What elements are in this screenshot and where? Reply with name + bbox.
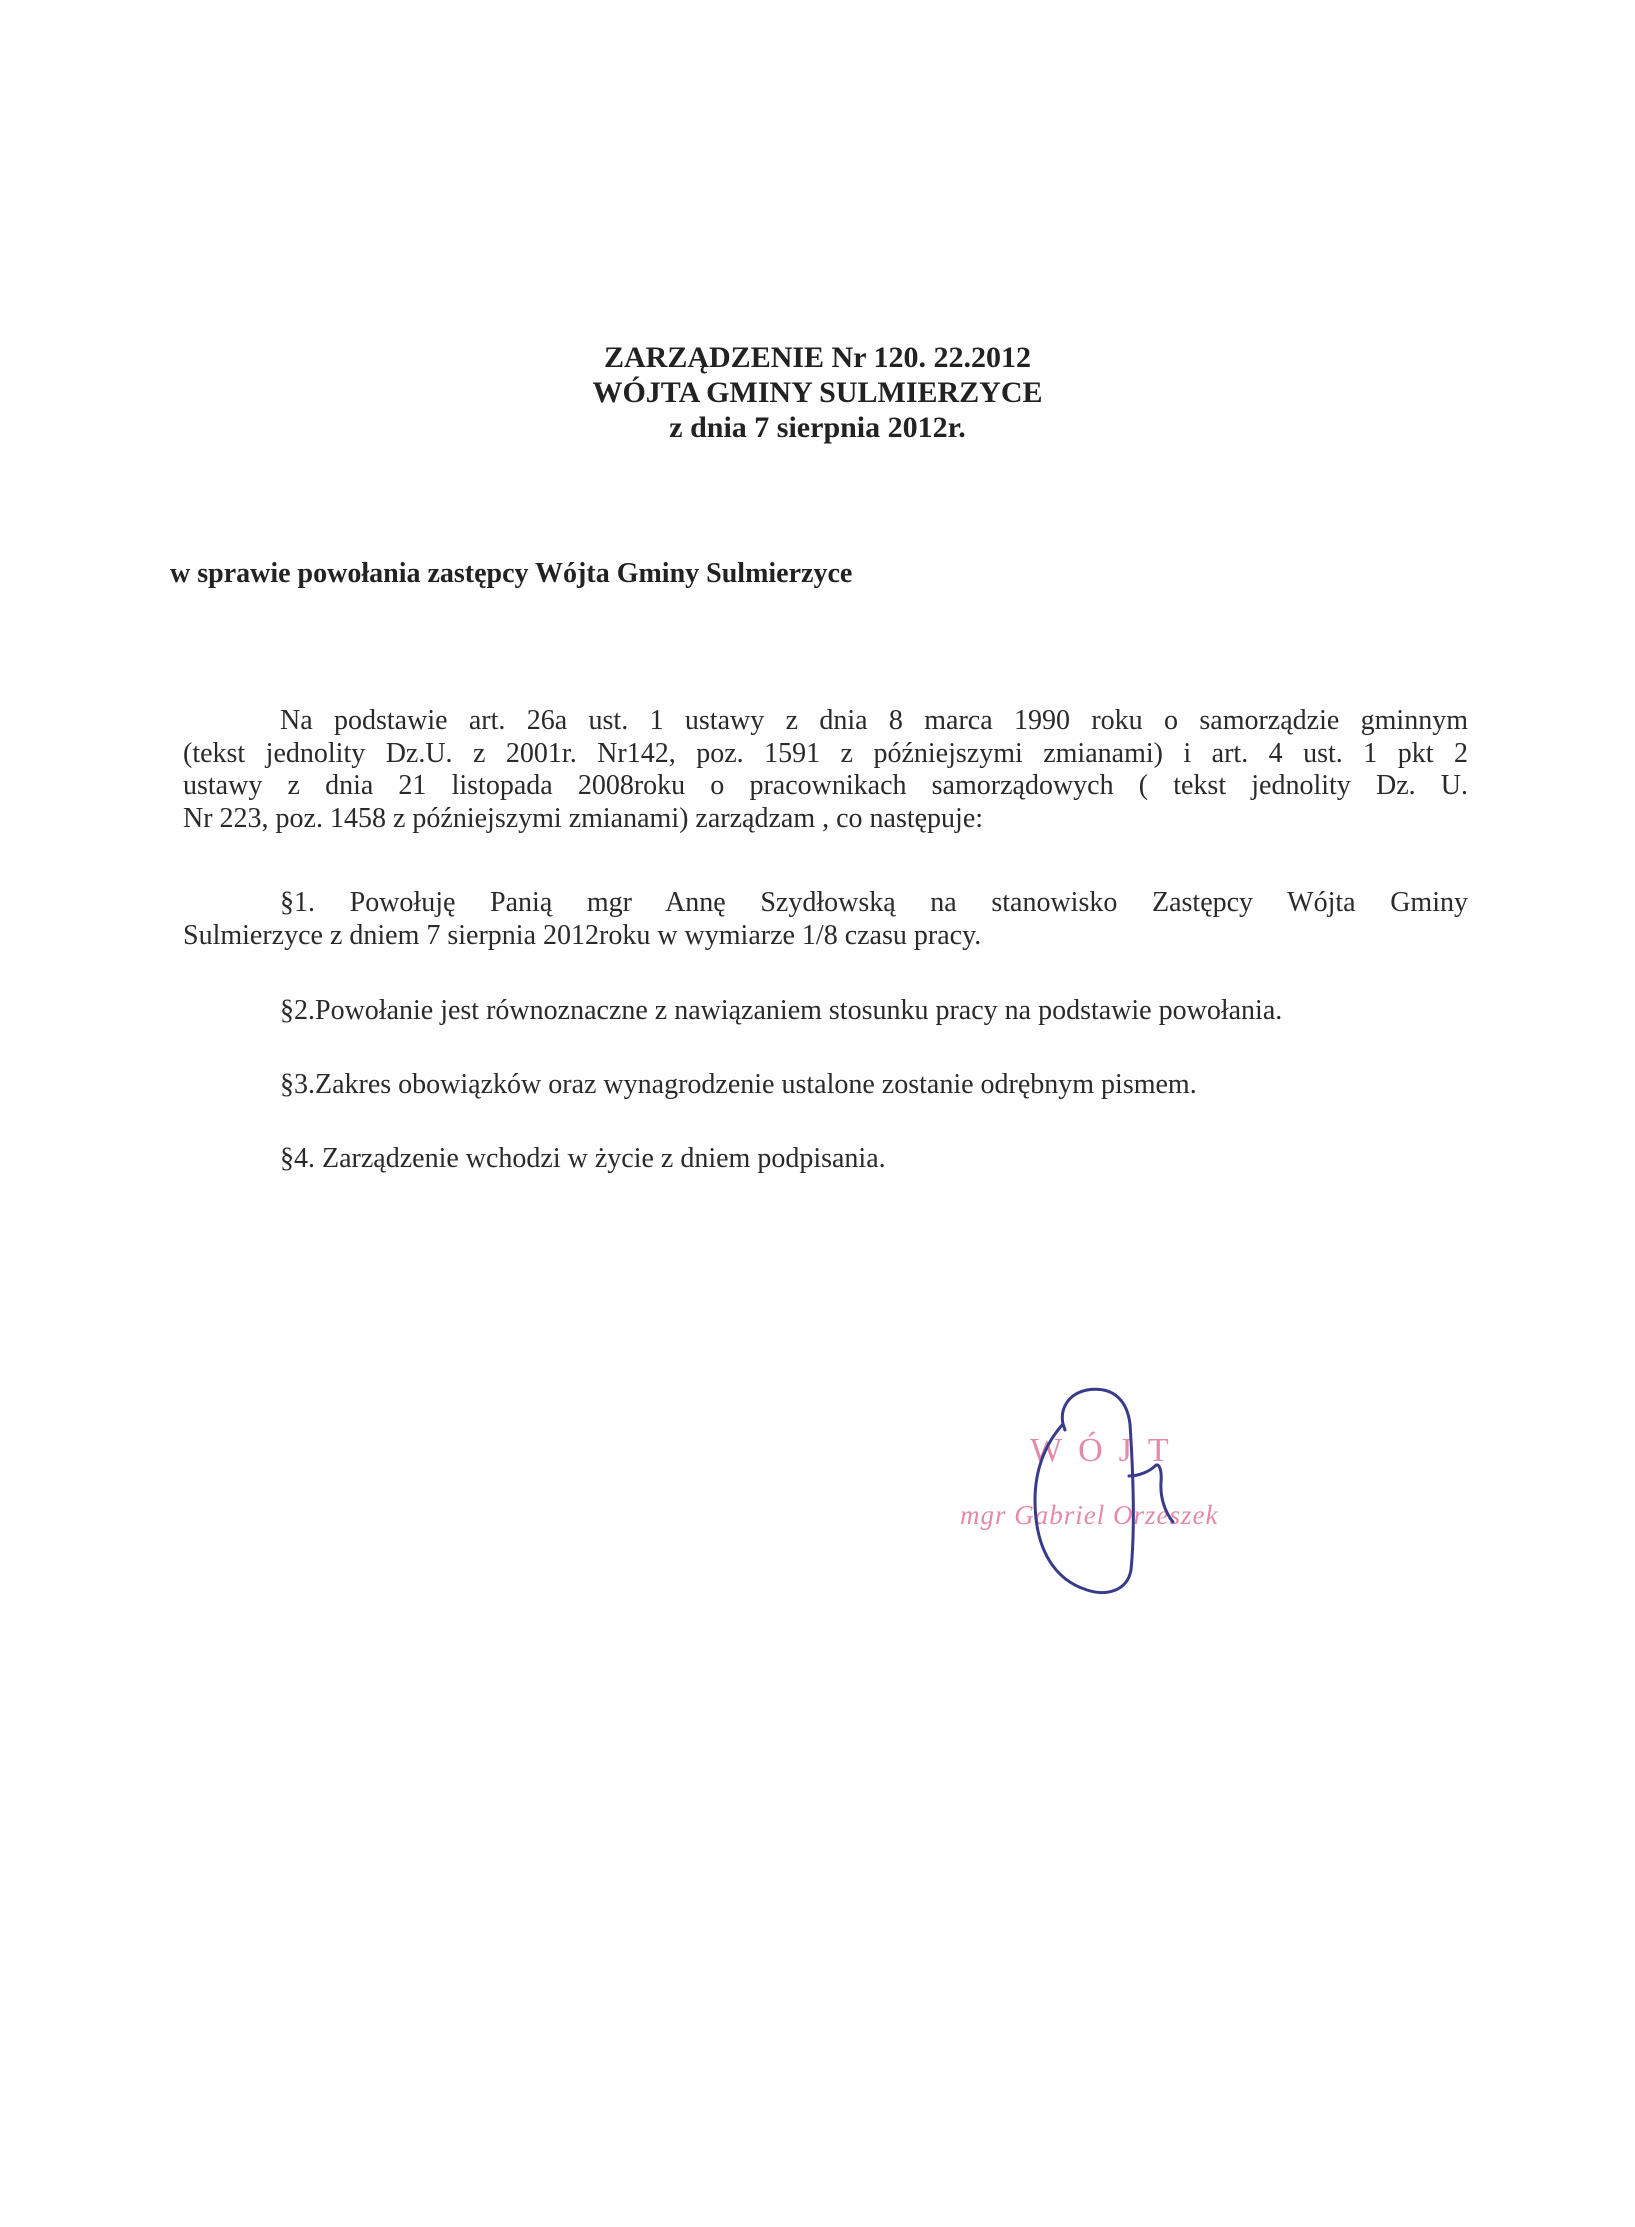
document-header: ZARZĄDZENIE Nr 120. 22.2012 WÓJTA GMINY … — [0, 340, 1635, 445]
issuer-title: WÓJTA GMINY SULMIERZYCE — [0, 375, 1635, 410]
handwritten-signature-icon — [1005, 1380, 1225, 1600]
paragraph-1-line: Sulmierzyce z dniem 7 sierpnia 2012roku … — [183, 920, 1468, 953]
order-number-title: ZARZĄDZENIE Nr 120. 22.2012 — [0, 340, 1635, 375]
legal-basis-paragraph: Na podstawie art. 26a ust. 1 ustawy z dn… — [183, 705, 1468, 835]
document-subject: w sprawie powołania zastępcy Wójta Gminy… — [170, 558, 852, 590]
document-page: ZARZĄDZENIE Nr 120. 22.2012 WÓJTA GMINY … — [0, 0, 1635, 2227]
paragraph-1: §1. Powołuję Panią mgr Annę Szydłowską n… — [183, 887, 1468, 952]
paragraph-2: §2.Powołanie jest równoznaczne z nawiąza… — [280, 995, 1282, 1027]
paragraph-4: §4. Zarządzenie wchodzi w życie z dniem … — [280, 1143, 886, 1175]
legal-basis-line: Nr 223, poz. 1458 z późniejszymi zmianam… — [183, 803, 1468, 836]
legal-basis-line: Na podstawie art. 26a ust. 1 ustawy z dn… — [183, 705, 1468, 738]
order-date: z dnia 7 sierpnia 2012r. — [0, 410, 1635, 445]
legal-basis-line: ustawy z dnia 21 listopada 2008roku o pr… — [183, 770, 1468, 803]
paragraph-3: §3.Zakres obowiązków oraz wynagrodzenie … — [280, 1069, 1197, 1101]
legal-basis-line: (tekst jednolity Dz.U. z 2001r. Nr142, p… — [183, 738, 1468, 771]
paragraph-1-line: §1. Powołuję Panią mgr Annę Szydłowską n… — [183, 887, 1468, 920]
